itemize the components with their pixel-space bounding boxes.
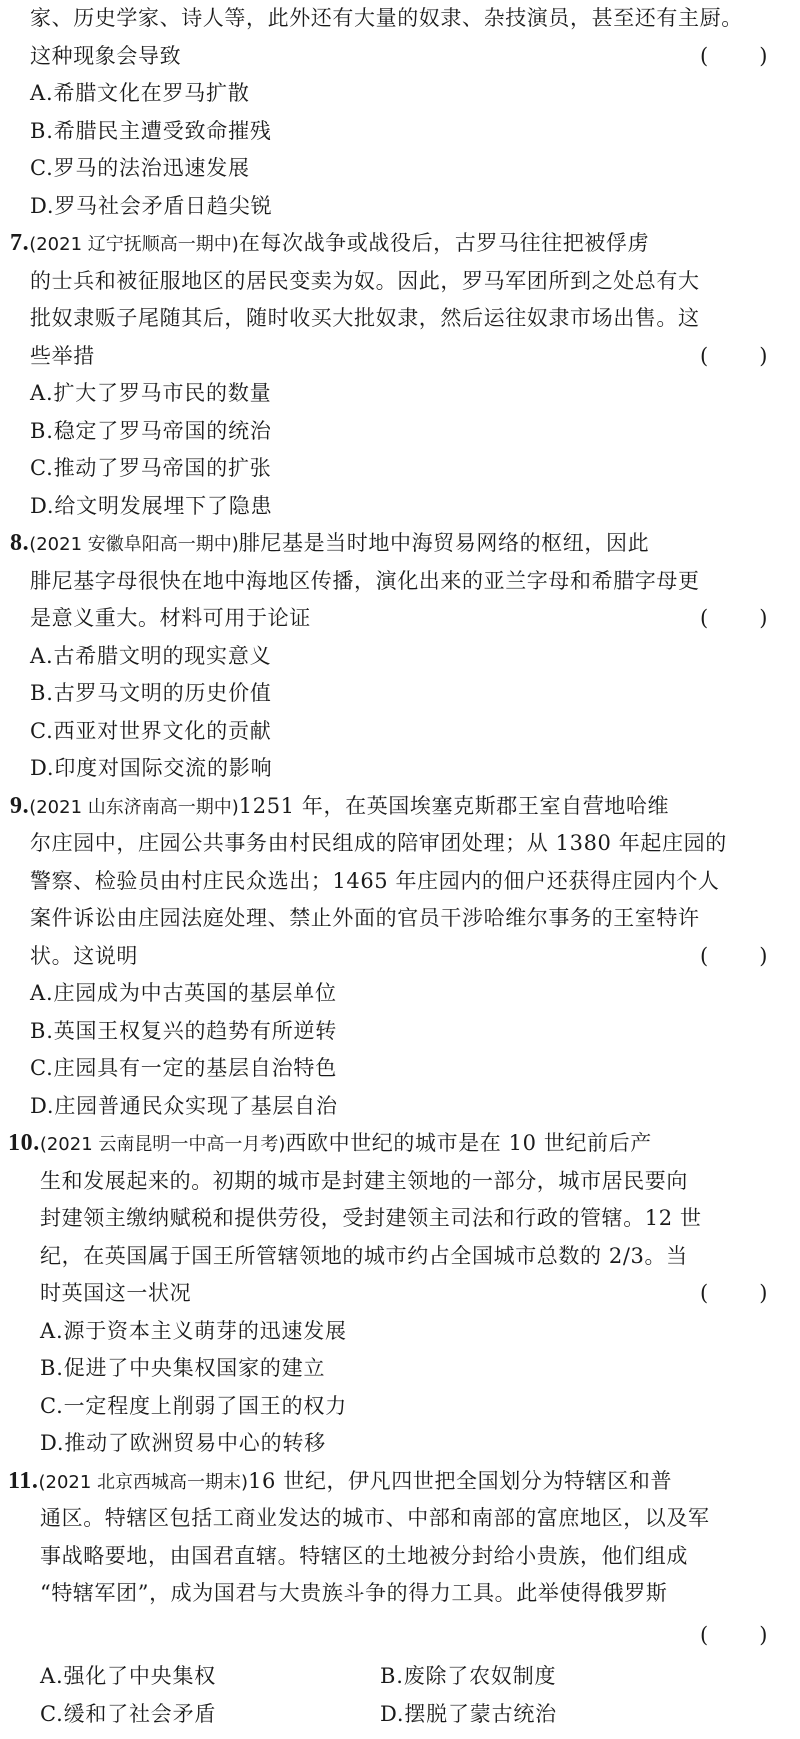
- stem-line: 是意义重大。材料可用于论证 (): [30, 600, 774, 638]
- option-a[interactable]: A.扩大了罗马市民的数量: [30, 375, 774, 413]
- option-c[interactable]: C.西亚对世界文化的贡献: [30, 713, 774, 751]
- answer-line: (): [30, 1617, 774, 1655]
- question-header: 11.(2021 北京西城高一期末)16 世纪，伊凡四世把全国划分为特辖区和普: [8, 1463, 774, 1501]
- question-source: (2021 山东济南高一期中): [29, 797, 239, 818]
- stem-line: 家、历史学家、诗人等，此外还有大量的奴隶、杂技演员，甚至还有主厨。: [30, 0, 774, 38]
- option-b[interactable]: B.稳定了罗马帝国的统治: [30, 413, 774, 451]
- question-header: 9.(2021 山东济南高一期中)1251 年，在英国埃塞克斯郡王室自营地哈维: [10, 788, 774, 826]
- option-b[interactable]: B.废除了农奴制度: [380, 1658, 720, 1696]
- option-b[interactable]: B.英国王权复兴的趋势有所逆转: [30, 1013, 774, 1051]
- exam-page: 家、历史学家、诗人等，此外还有大量的奴隶、杂技演员，甚至还有主厨。 这种现象会导…: [0, 0, 800, 1733]
- option-b[interactable]: B.希腊民主遭受致命摧残: [30, 113, 774, 151]
- question-number: 8.: [10, 530, 29, 556]
- question-10: 10.(2021 云南昆明一中高一月考)西欧中世纪的城市是在 10 世纪前后产 …: [30, 1125, 774, 1463]
- answer-blank[interactable]: (): [700, 38, 768, 76]
- question-8: 8.(2021 安徽阜阳高一期中)腓尼基是当时地中海贸易网络的枢纽，因此 腓尼基…: [30, 525, 774, 788]
- question-11: 11.(2021 北京西城高一期末)16 世纪，伊凡四世把全国划分为特辖区和普 …: [30, 1463, 774, 1734]
- question-number: 7.: [10, 230, 29, 256]
- stem-line: 时英国这一状况 (): [30, 1275, 774, 1313]
- option-b[interactable]: B.促进了中央集权国家的建立: [30, 1350, 774, 1388]
- question-header: 8.(2021 安徽阜阳高一期中)腓尼基是当时地中海贸易网络的枢纽，因此: [10, 525, 774, 563]
- question-source: (2021 北京西城高一期末): [38, 1472, 248, 1493]
- question-number: 10.: [8, 1130, 40, 1156]
- option-d[interactable]: D.给文明发展埋下了隐患: [30, 488, 774, 526]
- option-a[interactable]: A.庄园成为中古英国的基层单位: [30, 975, 774, 1013]
- option-c[interactable]: C.一定程度上削弱了国王的权力: [30, 1388, 774, 1426]
- question-number: 9.: [10, 793, 29, 819]
- option-c[interactable]: C.罗马的法治迅速发展: [30, 150, 774, 188]
- option-d[interactable]: D.罗马社会矛盾日趋尖锐: [30, 188, 774, 226]
- option-d[interactable]: D.庄园普通民众实现了基层自治: [30, 1088, 774, 1126]
- question-6-tail: 家、历史学家、诗人等，此外还有大量的奴隶、杂技演员，甚至还有主厨。 这种现象会导…: [30, 0, 774, 225]
- option-c[interactable]: C.推动了罗马帝国的扩张: [30, 450, 774, 488]
- option-a[interactable]: A.古希腊文明的现实意义: [30, 638, 774, 676]
- option-c[interactable]: C.缓和了社会矛盾: [40, 1696, 380, 1734]
- stem-line: 生和发展起来的。初期的城市是封建主领地的一部分，城市居民要向: [30, 1163, 774, 1201]
- question-source: (2021 辽宁抚顺高一期中): [29, 234, 239, 255]
- answer-blank[interactable]: (): [700, 938, 768, 976]
- stem-line: 纪，在英国属于国王所管辖领地的城市约占全国城市总数的 2/3。当: [30, 1238, 774, 1276]
- options-row-2: C.缓和了社会矛盾 D.摆脱了蒙古统治: [30, 1696, 774, 1734]
- stem-line: 些举措 (): [30, 338, 774, 376]
- option-d[interactable]: D.推动了欧洲贸易中心的转移: [30, 1425, 774, 1463]
- stem-line: 警察、检验员由村庄民众选出；1465 年庄园内的佃户还获得庄园内个人: [30, 863, 774, 901]
- question-9: 9.(2021 山东济南高一期中)1251 年，在英国埃塞克斯郡王室自营地哈维 …: [30, 788, 774, 1126]
- question-source: (2021 安徽阜阳高一期中): [29, 534, 239, 555]
- stem-line: 尔庄园中，庄园公共事务由村民组成的陪审团处理；从 1380 年起庄园的: [30, 825, 774, 863]
- stem-line: 通区。特辖区包括工商业发达的城市、中部和南部的富庶地区，以及军: [30, 1500, 774, 1538]
- option-d[interactable]: D.印度对国际交流的影响: [30, 750, 774, 788]
- option-a[interactable]: A.希腊文化在罗马扩散: [30, 75, 774, 113]
- stem-line: “特辖军团”，成为国君与大贵族斗争的得力工具。此举使得俄罗斯: [30, 1575, 774, 1613]
- option-b[interactable]: B.古罗马文明的历史价值: [30, 675, 774, 713]
- answer-blank[interactable]: (): [700, 1617, 768, 1655]
- answer-blank[interactable]: (): [700, 600, 768, 638]
- stem-line: 这种现象会导致 (): [30, 38, 774, 76]
- question-header: 7.(2021 辽宁抚顺高一期中)在每次战争或战役后，古罗马往往把被俘虏: [10, 225, 774, 263]
- question-7: 7.(2021 辽宁抚顺高一期中)在每次战争或战役后，古罗马往往把被俘虏 的士兵…: [30, 225, 774, 525]
- option-a[interactable]: A.源于资本主义萌芽的迅速发展: [30, 1313, 774, 1351]
- question-number: 11.: [8, 1468, 38, 1494]
- stem-line: 封建领主缴纳赋税和提供劳役，受封建领主司法和行政的管辖。12 世: [30, 1200, 774, 1238]
- stem-line: 的士兵和被征服地区的居民变卖为奴。因此，罗马军团所到之处总有大: [30, 263, 774, 301]
- stem-line: 事战略要地，由国君直辖。特辖区的土地被分封给小贵族，他们组成: [30, 1538, 774, 1576]
- answer-blank[interactable]: (): [700, 338, 768, 376]
- option-a[interactable]: A.强化了中央集权: [40, 1658, 380, 1696]
- stem-line: 案件诉讼由庄园法庭处理、禁止外面的官员干涉哈维尔事务的王室特许: [30, 900, 774, 938]
- option-c[interactable]: C.庄园具有一定的基层自治特色: [30, 1050, 774, 1088]
- stem-line: 状。这说明 (): [30, 938, 774, 976]
- question-header: 10.(2021 云南昆明一中高一月考)西欧中世纪的城市是在 10 世纪前后产: [8, 1125, 774, 1163]
- options-row-1: A.强化了中央集权 B.废除了农奴制度: [30, 1658, 774, 1696]
- question-source: (2021 云南昆明一中高一月考): [40, 1134, 286, 1155]
- stem-line: 批奴隶贩子尾随其后，随时收买大批奴隶，然后运往奴隶市场出售。这: [30, 300, 774, 338]
- answer-blank[interactable]: (): [700, 1275, 768, 1313]
- option-d[interactable]: D.摆脱了蒙古统治: [380, 1696, 720, 1734]
- stem-line: 腓尼基字母很快在地中海地区传播，演化出来的亚兰字母和希腊字母更: [30, 563, 774, 601]
